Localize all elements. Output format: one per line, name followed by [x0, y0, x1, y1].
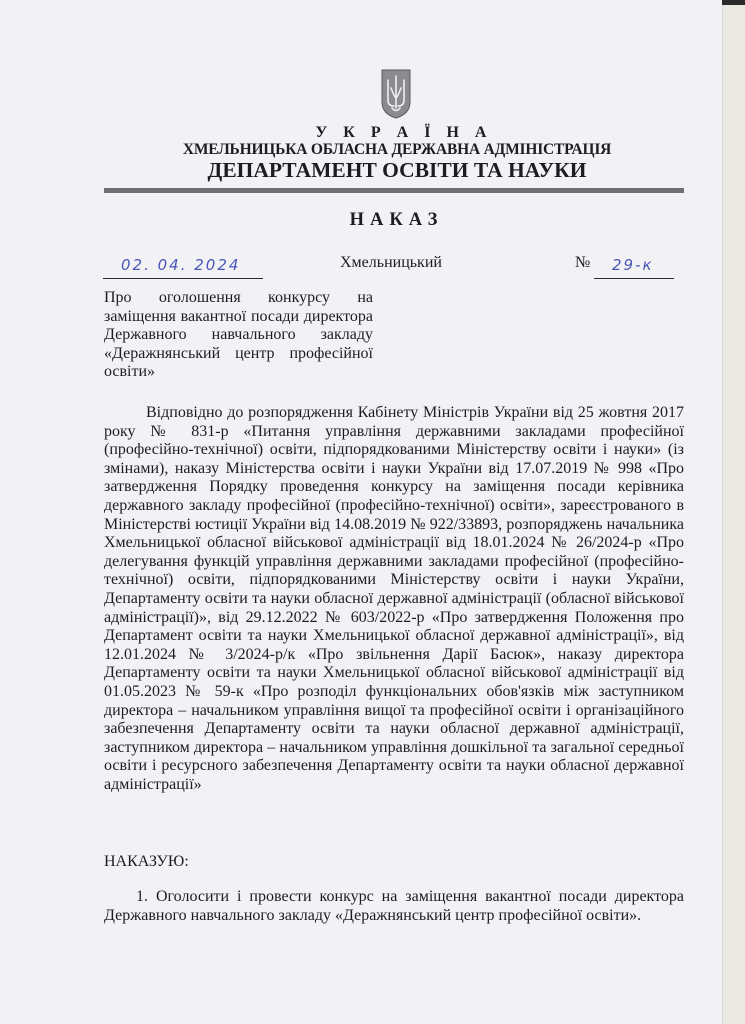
header-divider: [104, 188, 684, 193]
tryzub-coat-of-arms-icon: [380, 68, 412, 120]
scanner-edge-shadow: [722, 0, 745, 5]
order-city: Хмельницький: [340, 254, 442, 272]
department-heading: ДЕПАРТАМЕНТ ОСВІТИ ТА НАУКИ: [0, 158, 745, 183]
order-date: 02. 04. 2024: [121, 256, 240, 274]
decree-heading: НАКАЗУЮ:: [104, 853, 189, 871]
order-title: НАКАЗ: [0, 210, 745, 231]
region-administration-heading: ХМЕЛЬНИЦЬКА ОБЛАСНА ДЕРЖАВНА АДМІНІСТРАЦ…: [0, 141, 745, 159]
preamble-paragraph: Відповідно до розпорядження Кабінету Мін…: [104, 404, 684, 794]
order-number-field: 29-к: [594, 256, 674, 279]
country-heading: У К Р А Ї Н А: [4, 124, 745, 142]
order-number: 29-к: [612, 256, 654, 274]
decree-item-1: 1. Оголосити і провести конкурс на заміщ…: [104, 888, 684, 925]
order-date-field: 02. 04. 2024: [103, 256, 263, 279]
order-number-label: №: [575, 254, 590, 272]
order-subject: Про оголошення конкурсу на заміщення вак…: [104, 289, 373, 382]
